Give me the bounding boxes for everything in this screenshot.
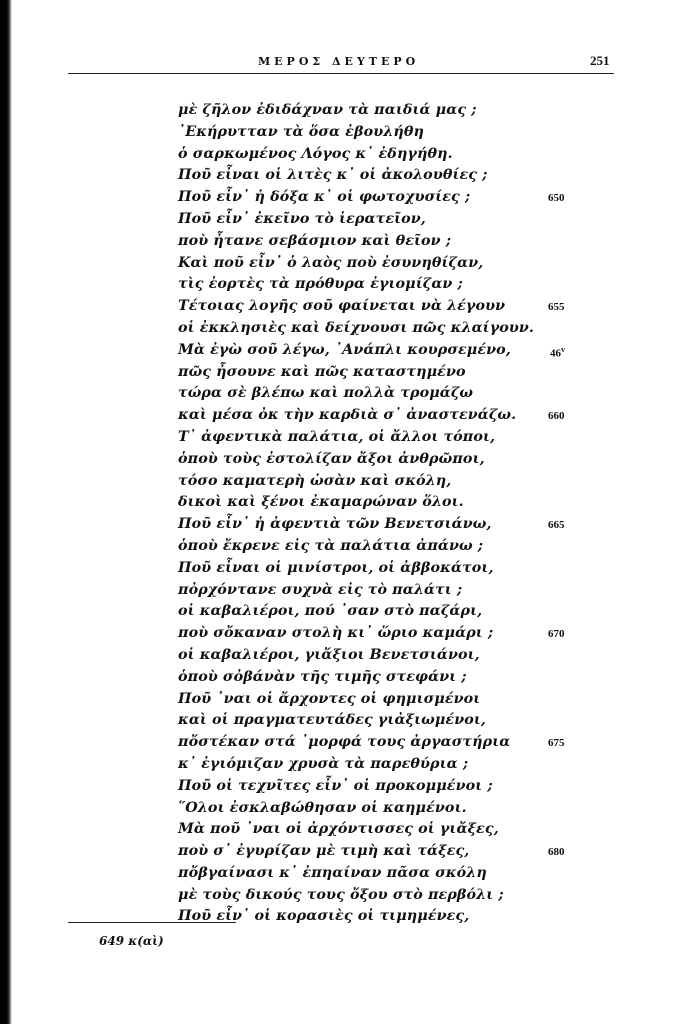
verse-line: οἱ καβαλιέροι, πού ᾿σαν στὸ παζάρι, (178, 601, 518, 623)
verse-line: ὁ σαρκωμένος Λόγος κ᾿ ἐδηγήθη. (178, 144, 518, 166)
verse-line: μὲ ζῆλον ἐδιδάχναν τὰ παιδιά μας ; (178, 100, 518, 122)
line-number: 665 (548, 519, 565, 531)
verse-line: Μὰ ἐγὼ σοῦ λέγω, ᾿Ανάπλι κουρσεμένο, (178, 340, 518, 362)
verse-line: Καὶ ποῦ εἶν᾿ ὁ λαὸς ποὺ ἐσυνηθίζαν, (178, 253, 518, 275)
verse-line: ὁποὺ σὀβάνὰν τῆς τιμῆς στεφάνι ; (178, 667, 518, 689)
footnote: 649 κ(αὶ) (99, 934, 164, 948)
verse-line: τόσο καματερὴ ὡσὰν καὶ σκόλη, (178, 471, 518, 493)
folio-number: 46 (550, 347, 561, 359)
verse-line: ῞Ολοι ἐσκλαβώθησαν οἱ καημένοι. (178, 798, 518, 820)
line-number: 670 (548, 628, 565, 640)
verse-line: Ποῦ εἶναι οἱ λιτὲς κ᾿ οἱ ἀκολουθίες ; (178, 165, 518, 187)
verse-line: Τ᾿ ἀφεντικὰ παλάτια, οἱ ἄλλοι τόποι, (178, 427, 518, 449)
folio-side: v (561, 345, 565, 354)
footnote-rule (68, 922, 236, 923)
folio-marker: 46v (550, 345, 565, 360)
verse-line: πῶς ἦσουνε καὶ πῶς καταστημένο (178, 362, 518, 384)
line-number: 660 (548, 410, 565, 422)
verse-line: οἱ καβαλιέροι, γιἄξιοι Βενετσιάνοι, (178, 645, 518, 667)
verse-line: ποὺ ἦτανε σεβάσμιον καὶ θεῖον ; (178, 231, 518, 253)
verse-line: πὀρχόντανε συχνὰ εἰς τὸ παλάτι ; (178, 580, 518, 602)
verse-line: τὶς ἑορτὲς τὰ πρόθυρα ἐγιομίζαν ; (178, 274, 518, 296)
running-head: ΜΕΡΟΣ ΔΕΥΤΕΡΟ 251 (0, 55, 689, 75)
verse-line: κ᾿ ἐγιόμιζαν χρυσὰ τὰ παρεθύρια ; (178, 754, 518, 776)
verse-line: Ποῦ εἶν᾿ οἱ κορασιὲς οἱ τιμημένες, (178, 906, 518, 928)
verse-line: καὶ οἱ πραγματευτάδες γιἀξιωμένοι, (178, 710, 518, 732)
verse-line: ποὺ σὄκαναν στολὴ κι᾿ ὥριο καμάρι ; (178, 623, 518, 645)
verse-line: πὄστέκαν στά ᾿μορφά τους ἀργαστήρια (178, 732, 518, 754)
line-number: 650 (548, 192, 565, 204)
verse-line: οἱ ἐκκλησιὲς καὶ δείχνουσι πῶς κλαίγουν. (178, 318, 518, 340)
verse-line: Ποῦ εἶν᾿ ἡ δόξα κ᾿ οἱ φωτοχυσίες ; (178, 187, 518, 209)
verse-line: Ποῦ εἶναι οἱ μινίστροι, οἱ ἀββοκάτοι, (178, 558, 518, 580)
running-title: ΜΕΡΟΣ ΔΕΥΤΕΡΟ (258, 55, 419, 68)
line-number: 675 (548, 737, 565, 749)
line-number: 655 (548, 301, 565, 313)
verse-line: ὁποὺ ἔκρενε εἰς τὰ παλάτια ἀπάνω ; (178, 536, 518, 558)
verse-line: ᾿Εκήρυτταν τὰ ὅσα ἐβουλήθη (178, 122, 518, 144)
verse-line: Τέτοιας λογῆς σοῦ φαίνεται νὰ λέγουν (178, 296, 518, 318)
verse-line: δικοὶ καὶ ξένοι ἐκαμαρώναν ὅλοι. (178, 492, 518, 514)
verse-line: Ποῦ εἶν᾿ ἐκεῖνο τὸ ἱερατεῖον, (178, 209, 518, 231)
verse-line: ὁποὺ τοὺς ἐστολίζαν ἄξοι ἀνθρῶποι, (178, 449, 518, 471)
verse-line: ποὺ σ᾿ ἐγυρίζαν μὲ τιμὴ καὶ τάξες, (178, 841, 518, 863)
header-rule (68, 73, 614, 74)
verse-line: πὄβγαίνασι κ᾿ ἐπηαίναν πᾶσα σκόλη (178, 863, 518, 885)
verse-block: μὲ ζῆλον ἐδιδάχναν τὰ παιδιά μας ;᾿Εκήρυ… (178, 100, 518, 928)
verse-line: Ποῦ οἱ τεχνῖτες εἶν᾿ οἱ προκομμένοι ; (178, 776, 518, 798)
verse-line: Ποῦ εἶν᾿ ἡ ἀφεντιὰ τῶν Βενετσιάνω, (178, 514, 518, 536)
verse-line: Μὰ ποῦ ᾿ναι οἱ ἀρχόντισσες οἱ γιἄξες, (178, 819, 518, 841)
verse-line: καὶ μέσα ὀκ τὴν καρδιὰ σ᾿ ἀναστενάζω. (178, 405, 518, 427)
scan-binding-shadow (0, 0, 12, 1024)
verse-line: τώρα σὲ βλέπω καὶ πολλὰ τρομάζω (178, 383, 518, 405)
line-number: 680 (548, 846, 565, 858)
verse-line: Ποῦ ᾿ναι οἱ ἄρχοντες οἱ φημισμένοι (178, 689, 518, 711)
page-number: 251 (590, 53, 610, 69)
verse-line: μὲ τοὺς δικούς τους ὄξου στὸ περβόλι ; (178, 885, 518, 907)
